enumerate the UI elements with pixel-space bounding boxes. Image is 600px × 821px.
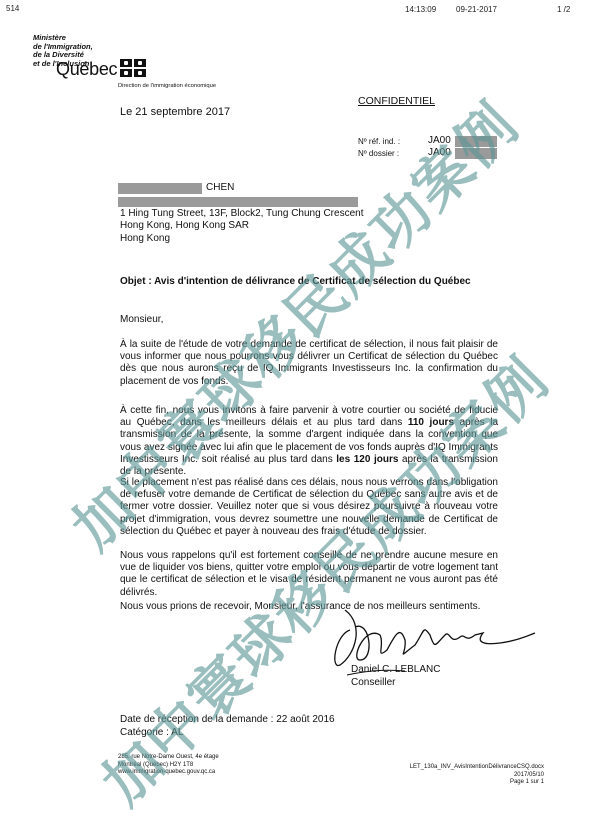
ref-ind-label: Nº réf. ind. :: [358, 137, 400, 146]
footer-address: 285, rue Notre-Dame Ouest, 4e étage Mont…: [118, 754, 219, 777]
fax-date: 09-21-2017: [456, 5, 497, 14]
footer-line: Montréal (Québec) H2Y 1T8: [118, 762, 219, 770]
dossier-label: Nº dossier :: [358, 149, 399, 158]
fax-page: 1 /2: [557, 5, 570, 14]
footer-doc-line: 2017/05/10: [410, 772, 544, 780]
category: Catégorie : AL: [120, 727, 183, 739]
reception-date: Date de réception de la demande : 22 aoû…: [120, 714, 335, 726]
recipient-name: CHEN: [206, 182, 234, 194]
signatory-title: Conseiller: [351, 677, 395, 689]
ref-ind-value: JA00: [428, 135, 451, 146]
redaction-bar: [118, 197, 358, 207]
subject-line: Objet : Avis d'intention de délivrance d…: [120, 276, 471, 287]
paragraph-3: Si le placement n'est pas réalisé dans c…: [120, 477, 498, 538]
quebec-logo-text: Québec: [56, 59, 117, 80]
signatory-name: Daniel C. LEBLANC: [351, 664, 440, 676]
paragraph-1: À la suite de l'étude de votre demande d…: [120, 339, 498, 388]
footer-doc-line: Page 1 sur 1: [410, 779, 544, 787]
letter-date: Le 21 septembre 2017: [120, 106, 230, 118]
footer-doc-line: LET_130a_INV_AvisIntentionDélivranceCSQ.…: [410, 764, 544, 772]
fax-time: 14:13:09: [405, 5, 436, 14]
dossier-value: JA00: [428, 147, 451, 158]
recipient-address: 1 Hing Tung Street, 13F, Block2, Tung Ch…: [120, 208, 363, 245]
address-line: Hong Kong, Hong Kong SAR: [120, 220, 363, 232]
footer-line: 285, rue Notre-Dame Ouest, 4e étage: [118, 754, 219, 762]
footer-line: www.immigration-quebec.gouv.qc.ca: [118, 769, 219, 777]
paragraph-2: À cette fin, nous vous invitons à faire …: [120, 405, 498, 478]
direction-name: Direction de l'immigration économique: [118, 83, 216, 89]
salutation: Monsieur,: [120, 314, 498, 326]
paragraph-4: Nous vous rappelons qu'il est fortement …: [120, 550, 498, 599]
deadline-110: 110 jours: [408, 417, 454, 428]
redaction-bar: [455, 136, 497, 147]
address-line: 1 Hing Tung Street, 13F, Block2, Tung Ch…: [120, 208, 363, 220]
fleur-de-lis-flag-icon: [120, 59, 146, 77]
fax-page-id: 514: [6, 4, 19, 13]
address-line: Hong Kong: [120, 233, 363, 245]
footer-doc-info: LET_130a_INV_AvisIntentionDélivranceCSQ.…: [410, 764, 544, 787]
redaction-bar: [118, 183, 202, 194]
confidential-label: CONFIDENTIEL: [358, 95, 435, 107]
deadline-120: les 120 jours: [336, 454, 398, 465]
redaction-bar: [455, 148, 497, 159]
